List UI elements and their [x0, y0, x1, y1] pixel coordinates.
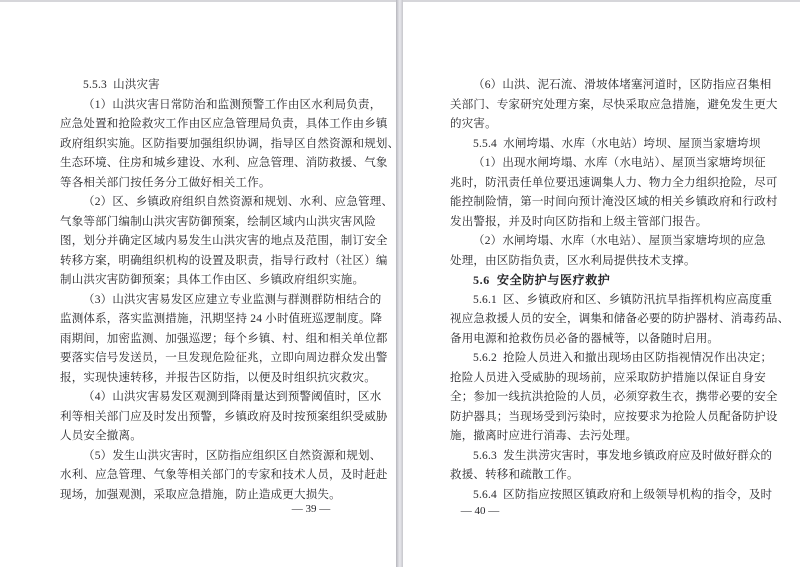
text-line: 救援、转移和疏散工作。 — [450, 466, 790, 486]
text-line: 5.6.1 区、乡镇政府和区、乡镇防汛抗旱指挥机构应高度重 — [450, 291, 790, 311]
text-line: 施，撤离时应进行消毒、去污处理。 — [450, 427, 790, 447]
text-line: （2）区、乡镇政府组织自然资源和规划、水利、应急管理、 — [60, 193, 396, 213]
document-canvas: 5.5.3 山洪灾害（1）山洪灾害日常防治和监测预警工作由区水利局负责，应急处置… — [0, 0, 800, 567]
text-line: 防护器具；当现场受到污染时，应按要求为抢险人员配备防护设 — [450, 408, 790, 428]
text-line: 雨期间，加密监测、加强巡逻；每个乡镇、村、组和相关单位都 — [60, 330, 396, 350]
text-line: 报，实现快速转移，并报告区防指，以便及时组织抗灾救灾。 — [60, 369, 396, 389]
text-line: 兆时，防汛责任单位要迅速调集人力、物力全力组织抢险，尽可 — [450, 174, 790, 194]
page-39: 5.5.3 山洪灾害（1）山洪灾害日常防治和监测预警工作由区水利局负责，应急处置… — [0, 0, 396, 567]
text-line: （2）水闸垮塌、水库（水电站）、屋顶当家塘垮坝的应急 — [450, 232, 790, 252]
text-line: （4）山洪灾害易发区观测到降雨量达到预警阈值时，区水 — [60, 388, 396, 408]
text-line: 5.5.3 山洪灾害 — [60, 76, 396, 96]
text-line: 处理，由区防指负责，区水利局提供技术支撑。 — [450, 252, 790, 272]
page-40-text-block: （6）山洪、泥石流、滑坡体堵塞河道时，区防指应召集相关部门、专家研究处理方案，尽… — [450, 76, 790, 505]
text-line: （3）山洪灾害易发区应建立专业监测与群测群防相结合的 — [60, 291, 396, 311]
text-line: 备用电源和抢救伤员必备的器械等，以备随时启用。 — [450, 330, 790, 350]
text-line: 现场，加强观测，采取应急措施，防止造成更大损失。 — [60, 486, 396, 506]
text-line: （1）山洪灾害日常防治和监测预警工作由区水利局负责， — [60, 96, 396, 116]
text-line: 政府组织实施。区防指要加强组织协调，指导区自然资源和规划、 — [60, 135, 396, 155]
text-line: 转移方案，明确组织机构的设置及职责，指导行政村（社区）编 — [60, 252, 396, 272]
text-line: 气象等部门编制山洪灾害防御预案，绘制区域内山洪灾害风险 — [60, 213, 396, 233]
text-line: 监测体系，落实监测措施，汛期坚持 24 小时值班巡逻制度。降 — [60, 310, 396, 330]
text-line: 视应急救援人员的安全，调集和储备必要的防护器材、消毒药品、 — [450, 310, 790, 330]
text-line: （6）山洪、泥石流、滑坡体堵塞河道时，区防指应召集相 — [450, 76, 790, 96]
text-line: 要落实信号发送员，一旦发现危险征兆，立即向周边群众发出警 — [60, 349, 396, 369]
text-line: 水利、应急管理、气象等相关部门的专家和技术人员，及时赶赴 — [60, 466, 396, 486]
text-line: 5.6 安全防护与医疗救护 — [450, 271, 790, 291]
text-line: 关部门、专家研究处理方案，尽快采取应急措施，避免发生更大 — [450, 96, 790, 116]
page-40: （6）山洪、泥石流、滑坡体堵塞河道时，区防指应召集相关部门、专家研究处理方案，尽… — [403, 0, 800, 567]
text-line: （5）发生山洪灾害时，区防指应组织区自然资源和规划、 — [60, 447, 396, 467]
text-line: 5.6.3 发生洪涝灾害时，事发地乡镇政府应及时做好群众的 — [450, 447, 790, 467]
text-line: 生态环境、住房和城乡建设、水利、应急管理、消防救援、气象 — [60, 154, 396, 174]
text-line: 能控制险情，第一时间向预计淹没区域的相关乡镇政府和行政村 — [450, 193, 790, 213]
page-number-39: — 39 — — [292, 503, 331, 515]
text-line: 全；参加一线抗洪抢险的人员，必须穿救生衣，携带必要的安全 — [450, 388, 790, 408]
text-line: 图，划分并确定区域内易发生山洪灾害的地点及范围，制订安全 — [60, 232, 396, 252]
text-line: 等各相关部门按任务分工做好相关工作。 — [60, 174, 396, 194]
text-line: 5.5.4 水闸垮塌、水库（水电站）垮坝、屋顶当家塘垮坝 — [450, 135, 790, 155]
page-number-40: — 40 — — [461, 505, 500, 517]
text-line: 利等相关部门应及时发出预警，乡镇政府及时按预案组织受威胁 — [60, 408, 396, 428]
text-line: 应急处置和抢险救灾工作由区应急管理局负责，具体工作由乡镇 — [60, 115, 396, 135]
text-line: 制山洪灾害防御预案；具体工作由区、乡镇政府组织实施。 — [60, 271, 396, 291]
text-line: 的灾害。 — [450, 115, 790, 135]
text-line: 人员安全撤离。 — [60, 427, 396, 447]
page-39-text-block: 5.5.3 山洪灾害（1）山洪灾害日常防治和监测预警工作由区水利局负责，应急处置… — [60, 76, 396, 505]
text-line: 发出警报，并及时向区防指和上级主管部门报告。 — [450, 213, 790, 233]
text-line: 5.6.2 抢险人员进入和撤出现场由区防指视情况作出决定； — [450, 349, 790, 369]
text-line: 5.6.4 区防指应按照区镇政府和上级领导机构的指令，及时 — [450, 486, 790, 506]
text-line: 抢险人员进入受威胁的现场前，应采取防护措施以保证自身安 — [450, 369, 790, 389]
page-divider — [396, 0, 403, 567]
text-line: （1）出现水闸垮塌、水库（水电站）、屋顶当家塘垮坝征 — [450, 154, 790, 174]
